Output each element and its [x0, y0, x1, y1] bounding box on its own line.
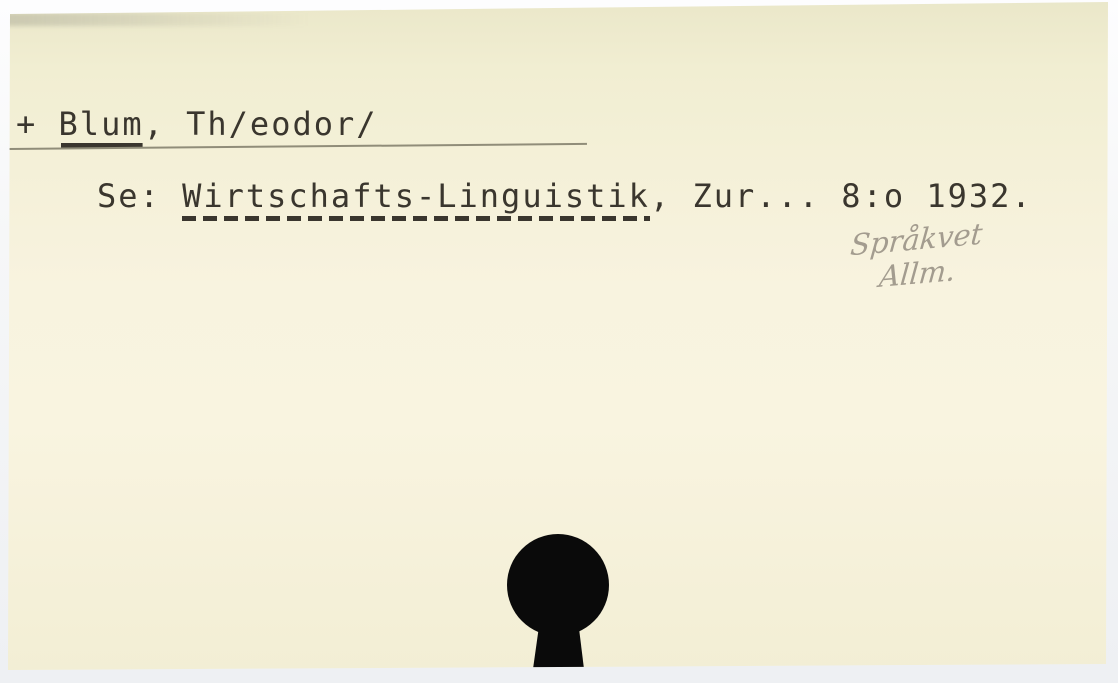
scan-backdrop: + Blum, Th/eodor/ Se: Wirtschafts-Lingui… — [0, 0, 1118, 683]
catalog-card: + Blum, Th/eodor/ Se: Wirtschafts-Lingui… — [0, 0, 1118, 683]
keyhole-punch-icon — [0, 0, 1118, 683]
